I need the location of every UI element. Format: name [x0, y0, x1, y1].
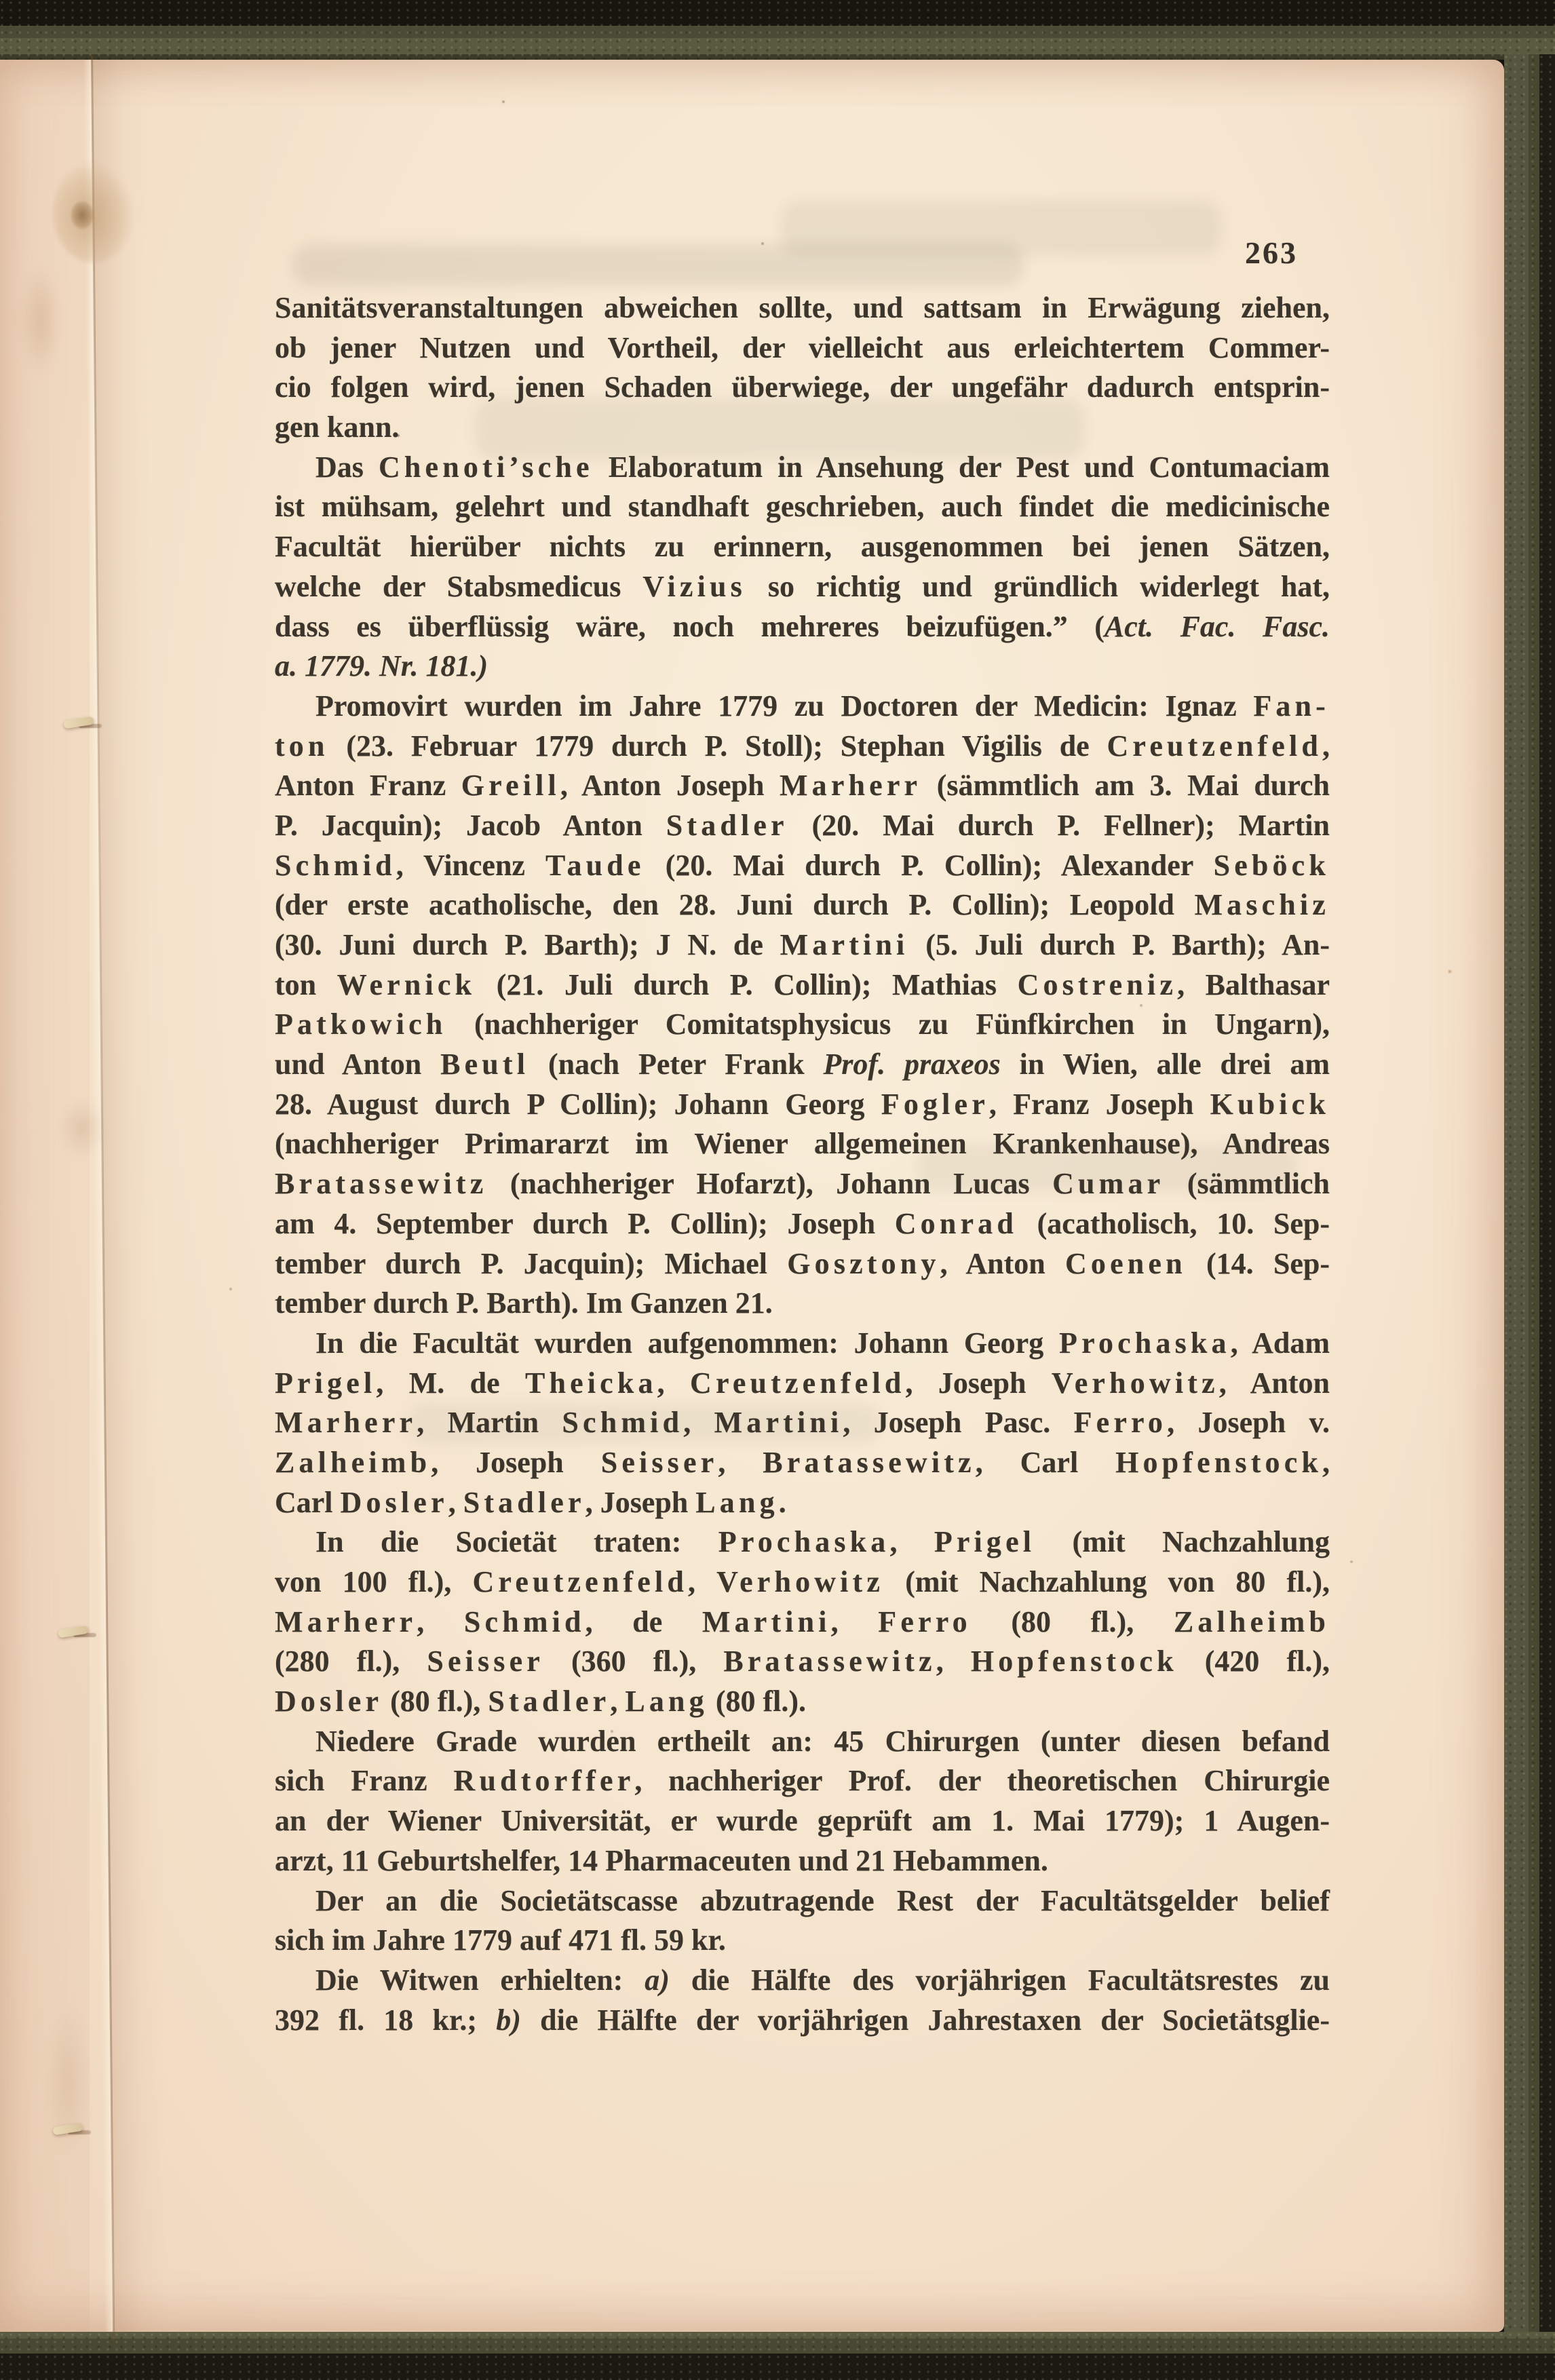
text-line: ton (23. Februar 1779 durch P. Stoll); S… — [275, 727, 1330, 767]
text-line: am 4. September durch P. Collin); Joseph… — [275, 1204, 1330, 1244]
text-segment: Verhowitz — [1052, 1366, 1219, 1400]
text-segment: (sämmtlich am 3. Mai durch — [921, 769, 1330, 802]
text-segment: Rudtorffer — [454, 1764, 635, 1797]
book-cover-edge-right — [1504, 54, 1555, 2337]
text-segment: Martini — [780, 928, 909, 961]
dust-specks — [0, 60, 3, 62]
text-segment: Seböck — [1214, 849, 1330, 882]
binding-stitch — [60, 714, 107, 737]
text-segment: gen kann. — [275, 410, 399, 444]
text-segment: , — [889, 1525, 934, 1558]
text-segment: (360 fl.), — [544, 1645, 723, 1678]
text-segment: Das — [315, 450, 379, 484]
text-segment: Zalheimb — [1174, 1605, 1330, 1638]
text-segment: , — [610, 1685, 625, 1718]
text-segment: Cumar — [1052, 1167, 1164, 1200]
text-segment: cio folgen wird, jenen Schaden überwiege… — [275, 370, 1330, 404]
text-segment: Fogler — [881, 1088, 989, 1121]
text-line: P. Jacquin); Jacob Anton Stadler (20. Ma… — [275, 806, 1330, 846]
text-line: Carl Dosler, Stadler, Joseph Lang. — [275, 1483, 1330, 1523]
text-segment: Schmid — [275, 849, 396, 882]
text-line: (30. Juni durch P. Barth); J N. de Marti… — [275, 925, 1330, 965]
text-segment: (mit Nachzahlung — [1035, 1525, 1330, 1558]
text-segment: welche der Stabsmedicus — [275, 570, 642, 603]
text-segment: , — [718, 1446, 763, 1479]
text-segment: , Carl — [976, 1446, 1115, 1479]
text-segment: (nachheriger Primararzt im Wiener allgem… — [275, 1127, 1330, 1160]
text-segment: (nachheriger Comitatsphysicus zu Fünfkir… — [446, 1007, 1330, 1041]
binding-stitch — [49, 2121, 96, 2144]
text-segment: Prochaska — [718, 1525, 890, 1558]
text-segment: Schmid — [464, 1605, 585, 1638]
text-segment: In die Societät traten: — [315, 1525, 718, 1558]
text-segment: , Adam — [1231, 1326, 1330, 1360]
text-segment: , — [1322, 729, 1330, 763]
text-segment: Stadler — [666, 809, 788, 842]
text-line: von 100 fl.), Creutzenfeld, Verhowitz (m… — [275, 1562, 1330, 1602]
text-segment: Zalheimb — [275, 1446, 431, 1479]
text-segment: (sämmtlich — [1164, 1167, 1330, 1200]
text-segment: und Anton — [275, 1048, 440, 1081]
text-segment: tember durch P. Barth). Im Ganzen 21. — [275, 1286, 773, 1320]
text-line: tember durch P. Jacquin); Michael Goszto… — [275, 1244, 1330, 1284]
text-line: sich Franz Rudtorffer, nachheriger Prof.… — [275, 1761, 1330, 1801]
text-segment: Prigel — [275, 1366, 376, 1400]
text-segment: , — [657, 1366, 690, 1400]
text-segment: (14. Sep- — [1187, 1247, 1330, 1280]
text-line: Facultät hierüber nichts zu erinnern, au… — [275, 527, 1330, 567]
text-segment: (80 fl.), — [972, 1605, 1174, 1638]
text-segment: , de — [585, 1605, 702, 1638]
text-segment: , — [683, 1406, 714, 1439]
text-line: ist mühsam, gelehrt und standhaft geschr… — [275, 487, 1330, 527]
text-segment: 392 fl. 18 kr.; — [275, 2003, 496, 2037]
text-line: gen kann. — [275, 408, 1330, 448]
text-segment: Taude — [545, 849, 645, 882]
text-segment: Prochaska — [1059, 1326, 1231, 1360]
text-segment: ist mühsam, gelehrt und standhaft geschr… — [275, 490, 1330, 523]
text-segment: (280 fl.), — [275, 1645, 427, 1678]
text-segment: Verhowitz — [716, 1565, 884, 1598]
text-segment: an der Wiener Universität, er wurde gepr… — [275, 1804, 1330, 1837]
text-segment: Promovirt wurden im Jahre 1779 zu Doctor… — [315, 689, 1253, 723]
text-line: Zalheimb, Joseph Seisser, Bratassewitz, … — [275, 1443, 1330, 1483]
scanned-book-page: { "scan": { "page_number": "263", "langu… — [0, 0, 1555, 2380]
text-segment: In die Facultät wurden aufgenommen: Joha… — [315, 1326, 1059, 1360]
text-line: Bratassewitz (nachheriger Hofarzt), Joha… — [275, 1164, 1330, 1204]
text-segment: dass es überflüssig wäre, noch mehreres … — [275, 610, 1105, 643]
text-line: cio folgen wird, jenen Schaden überwiege… — [275, 368, 1330, 408]
text-segment: a) — [645, 1963, 670, 1997]
text-segment: Seisser — [601, 1446, 718, 1479]
text-segment: P. Jacquin); Jacob Anton — [275, 809, 666, 842]
text-segment: (420 fl.), — [1178, 1645, 1330, 1678]
text-segment: b) — [496, 2003, 521, 2037]
text-segment: so richtig und gründlich widerlegt hat, — [746, 570, 1330, 603]
text-segment: , — [831, 1605, 879, 1638]
paragraph: In die Facultät wurden aufgenommen: Joha… — [275, 1324, 1330, 1522]
text-line: sich im Jahre 1779 auf 471 fl. 59 kr. — [275, 1921, 1330, 1961]
text-segment: Facultät hierüber nichts zu erinnern, au… — [275, 530, 1330, 563]
text-segment: Der an die Societätscasse abzutragende R… — [315, 1884, 1330, 1917]
text-line: 28. August durch P Collin); Johann Georg… — [275, 1085, 1330, 1125]
text-segment: Patkowich — [275, 1007, 446, 1041]
text-line: Dosler (80 fl.), Stadler, Lang (80 fl.). — [275, 1682, 1330, 1722]
text-segment: ton — [275, 968, 337, 1001]
text-segment: Stadler — [488, 1685, 610, 1718]
text-line: In die Societät traten: Prochaska, Prige… — [275, 1522, 1330, 1562]
text-segment: Costreniz — [1018, 968, 1177, 1001]
text-line: an der Wiener Universität, er wurde gepr… — [275, 1801, 1330, 1841]
text-segment: 28. August durch P Collin); Johann Georg — [275, 1088, 881, 1121]
text-segment: die Hälfte der vorjährigen Jahrestaxen d… — [521, 2003, 1330, 2037]
text-line: Anton Franz Greill, Anton Joseph Marherr… — [275, 766, 1330, 806]
text-segment: Prigel — [934, 1525, 1035, 1558]
ink-showthrough — [780, 201, 1221, 255]
text-segment: Seisser — [427, 1645, 544, 1678]
text-segment: . — [779, 1486, 786, 1519]
text-line: Promovirt wurden im Jahre 1779 zu Doctor… — [275, 687, 1330, 727]
text-line: a. 1779. Nr. 181.) — [275, 647, 1330, 687]
text-segment: Die Witwen erhielten: — [315, 1963, 645, 1997]
paragraph: Die Witwen erhielten: a) die Hälfte des … — [275, 1961, 1330, 2040]
text-segment: Ferro — [878, 1605, 971, 1638]
text-segment: (80 fl.). — [708, 1685, 806, 1718]
text-segment: , — [417, 1605, 464, 1638]
text-line: arzt, 11 Geburtshelfer, 14 Pharmaceuten … — [275, 1841, 1330, 1881]
text-segment: (5. Juli durch P. Barth); An- — [908, 928, 1330, 961]
page-number: 263 — [1245, 235, 1298, 271]
cover-cloth-texture — [1504, 54, 1555, 2337]
text-line: Die Witwen erhielten: a) die Hälfte des … — [275, 1961, 1330, 2001]
text-segment: Beutl — [440, 1048, 529, 1081]
text-line: welche der Stabsmedicus Vizius so richti… — [275, 567, 1330, 607]
text-line: Der an die Societätscasse abzutragende R… — [275, 1881, 1330, 1921]
text-line: In die Facultät wurden aufgenommen: Joha… — [275, 1324, 1330, 1364]
text-segment: , Joseph — [585, 1486, 696, 1519]
text-segment: Kubick — [1210, 1088, 1330, 1121]
text-segment: Dosler — [341, 1486, 448, 1519]
book-cover-edge-bottom — [0, 2332, 1555, 2380]
cover-cloth-texture — [0, 0, 1555, 60]
text-segment: Dosler — [275, 1685, 383, 1718]
text-segment: Sanitätsveranstaltungen abweichen sollte… — [275, 291, 1330, 324]
text-segment: , Joseph — [431, 1446, 600, 1479]
text-segment: (23. Februar 1779 durch P. Stoll); Steph… — [329, 729, 1107, 763]
text-line: (der erste acatholische, den 28. Juni du… — [275, 885, 1330, 925]
text-segment: , Franz Joseph — [989, 1088, 1210, 1121]
text-segment: Marherr — [275, 1406, 417, 1439]
paragraph: Promovirt wurden im Jahre 1779 zu Doctor… — [275, 687, 1330, 1324]
gutter-shading — [0, 60, 90, 2332]
text-segment: Wernick — [337, 968, 476, 1001]
text-segment: Chenoti’sche — [379, 450, 594, 484]
ink-showthrough — [292, 244, 1024, 286]
text-segment: in Wien, alle drei am — [1001, 1048, 1330, 1081]
paragraph: In die Societät traten: Prochaska, Prige… — [275, 1522, 1330, 1721]
text-segment: (20. Mai durch P. Fellner); Martin — [788, 809, 1330, 842]
text-segment: Lang — [695, 1486, 778, 1519]
text-segment: , Balthasar — [1177, 968, 1330, 1001]
text-segment: (80 fl.), — [383, 1685, 488, 1718]
text-segment: Bratassewitz — [763, 1446, 975, 1479]
text-segment: Elaboratum in Ansehung der Pest und Cont… — [594, 450, 1330, 484]
text-segment: (nach Peter Frank — [529, 1048, 823, 1081]
text-line: Patkowich (nachheriger Comitatsphysicus … — [275, 1005, 1330, 1045]
text-segment: , Joseph Pasc. — [843, 1406, 1073, 1439]
paragraph: Der an die Societätscasse abzutragende R… — [275, 1881, 1330, 1961]
text-line: (280 fl.), Seisser (360 fl.), Bratassewi… — [275, 1642, 1330, 1682]
text-segment: Anton Franz — [275, 769, 461, 802]
text-segment: sich Franz — [275, 1764, 454, 1797]
text-segment: , — [936, 1645, 971, 1678]
text-segment: Creutzenfeld — [690, 1366, 906, 1400]
text-segment: Gosztony — [787, 1247, 940, 1280]
text-segment: Prof. praxeos — [823, 1048, 1000, 1081]
text-segment: Hopfenstock — [971, 1645, 1178, 1678]
text-segment: Martini — [702, 1605, 831, 1638]
text-segment: Lang — [625, 1685, 708, 1718]
text-segment: , Martin — [417, 1406, 562, 1439]
cover-cloth-texture — [0, 2332, 1555, 2380]
text-segment: Bratassewitz — [723, 1645, 936, 1678]
text-segment: von 100 fl.), — [275, 1565, 473, 1598]
text-segment: arzt, 11 Geburtshelfer, 14 Pharmaceuten … — [275, 1844, 1048, 1877]
text-segment: Vizius — [642, 570, 746, 603]
text-segment: (nachheriger Hofarzt), Johann Lucas — [487, 1167, 1052, 1200]
text-segment: , nachheriger Prof. der theoretischen Ch… — [634, 1764, 1330, 1797]
text-segment: Marherr — [275, 1605, 417, 1638]
text-segment: Carl — [275, 1486, 341, 1519]
text-line: Marherr, Schmid, de Martini, Ferro (80 f… — [275, 1602, 1330, 1643]
text-segment: Ferro — [1074, 1406, 1167, 1439]
text-segment: , Anton — [1219, 1366, 1330, 1400]
text-segment: Creutzenfeld — [473, 1565, 689, 1598]
text-line: Sanitätsveranstaltungen abweichen sollte… — [275, 288, 1330, 328]
text-segment: a. 1779. Nr. 181.) — [275, 649, 488, 683]
text-line: Prigel, M. de Theicka, Creutzenfeld, Jos… — [275, 1364, 1330, 1404]
text-segment: , Joseph — [906, 1366, 1052, 1400]
text-segment: (21. Juli durch P. Collin); Mathias — [476, 968, 1017, 1001]
text-line: und Anton Beutl (nach Peter Frank Prof. … — [275, 1045, 1330, 1085]
text-segment: (20. Mai durch P. Collin); Alexander — [645, 849, 1214, 882]
text-segment: , Anton Joseph — [560, 769, 780, 802]
paragraph: Das Chenoti’sche Elaboratum in Ansehung … — [275, 448, 1330, 687]
text-block: Sanitätsveranstaltungen abweichen sollte… — [275, 288, 1330, 2040]
text-segment: Coenen — [1065, 1247, 1187, 1280]
text-segment: Hopfenstock — [1115, 1446, 1322, 1479]
text-line: Niedere Grade wurden ertheilt an: 45 Chi… — [275, 1722, 1330, 1762]
text-segment: Martini — [714, 1406, 843, 1439]
text-segment: Schmid — [562, 1406, 683, 1439]
text-segment: Niedere Grade wurden ertheilt an: 45 Chi… — [315, 1725, 1330, 1758]
text-segment: Fan- — [1253, 689, 1330, 723]
text-segment: Theicka — [525, 1366, 657, 1400]
text-segment: , M. de — [376, 1366, 525, 1400]
text-segment: Stadler — [463, 1486, 585, 1519]
text-segment: , Joseph v. — [1167, 1406, 1330, 1439]
text-segment: Act. Fac. Fasc. — [1105, 610, 1330, 643]
text-line: ob jener Nutzen und Vortheil, der vielle… — [275, 328, 1330, 368]
text-segment: ob jener Nutzen und Vortheil, der vielle… — [275, 331, 1330, 364]
text-segment: , — [688, 1565, 716, 1598]
text-segment: Creutzenfeld — [1107, 729, 1323, 763]
text-line: Schmid, Vincenz Taude (20. Mai durch P. … — [275, 846, 1330, 886]
text-line: Das Chenoti’sche Elaboratum in Ansehung … — [275, 448, 1330, 488]
book-page: 263 Sanitätsveranstaltungen abweichen so… — [0, 60, 1504, 2332]
text-segment: sich im Jahre 1779 auf 471 fl. 59 kr. — [275, 1923, 726, 1957]
text-segment: Maschiz — [1194, 888, 1330, 921]
text-segment: Conrad — [895, 1207, 1018, 1240]
text-segment: , Anton — [940, 1247, 1065, 1280]
text-line: ton Wernick (21. Juli durch P. Collin); … — [275, 965, 1330, 1005]
text-segment: (30. Juni durch P. Barth); J N. de — [275, 928, 780, 961]
book-cover-edge-top — [0, 0, 1555, 60]
text-line: 392 fl. 18 kr.; b) die Hälfte der vorjäh… — [275, 2001, 1330, 2041]
text-segment: tember durch P. Jacquin); Michael — [275, 1247, 787, 1280]
text-line: Marherr, Martin Schmid, Martini, Joseph … — [275, 1403, 1330, 1443]
text-line: (nachheriger Primararzt im Wiener allgem… — [275, 1124, 1330, 1164]
text-segment: , Vincenz — [396, 849, 545, 882]
binding-stitch — [54, 1624, 102, 1647]
paragraph: Niedere Grade wurden ertheilt an: 45 Chi… — [275, 1722, 1330, 1881]
paragraph: Sanitätsveranstaltungen abweichen sollte… — [275, 288, 1330, 448]
text-segment: Bratassewitz — [275, 1167, 487, 1200]
text-segment: am 4. September durch P. Collin); Joseph — [275, 1207, 895, 1240]
text-segment: (acatholisch, 10. Sep- — [1018, 1207, 1330, 1240]
text-segment: (mit Nachzahlung von 80 fl.), — [884, 1565, 1330, 1598]
text-segment: (der erste acatholische, den 28. Juni du… — [275, 888, 1194, 921]
text-segment: Marherr — [780, 769, 921, 802]
text-line: tember durch P. Barth). Im Ganzen 21. — [275, 1284, 1330, 1324]
text-segment: die Hälfte des vorjährigen Facultätsrest… — [670, 1963, 1330, 1997]
text-line: dass es überflüssig wäre, noch mehreres … — [275, 607, 1330, 647]
text-segment: , — [448, 1486, 463, 1519]
text-segment: Greill — [461, 769, 560, 802]
text-segment: , — [1322, 1446, 1330, 1479]
text-segment: ton — [275, 729, 329, 763]
